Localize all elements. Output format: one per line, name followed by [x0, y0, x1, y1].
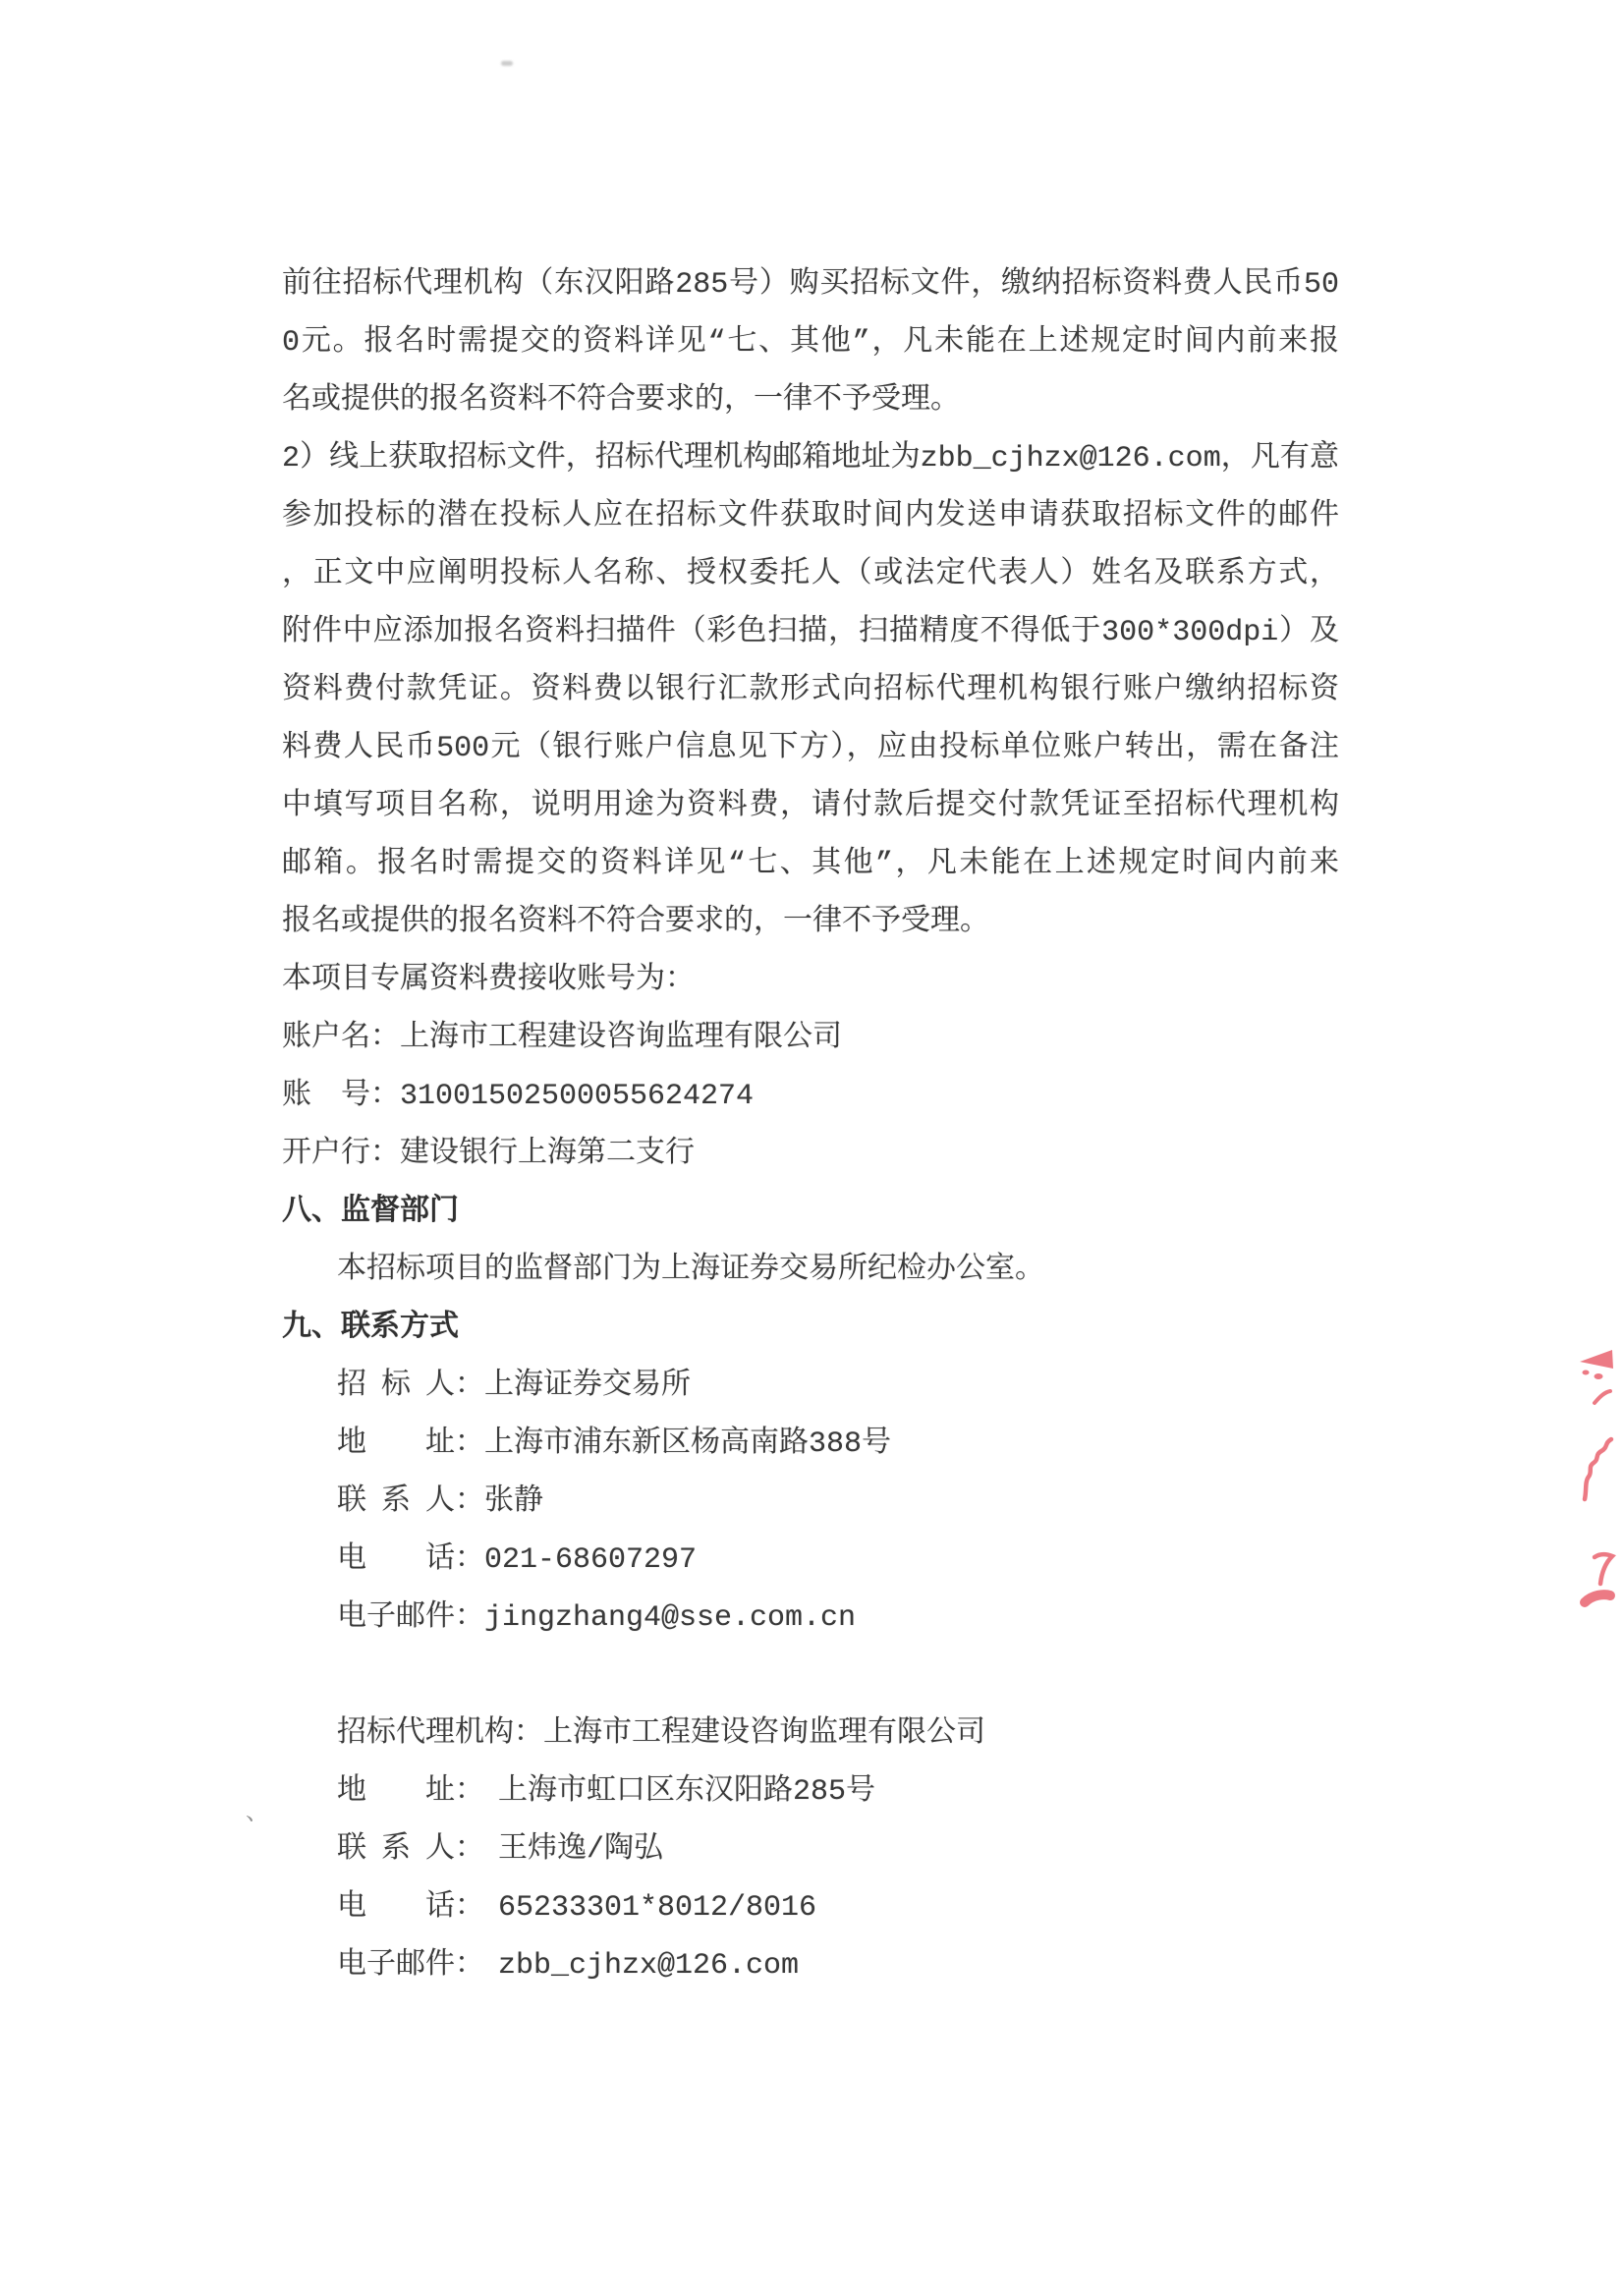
colon: ： — [455, 1833, 484, 1867]
field-value: 021-68607297 — [484, 1543, 697, 1577]
red-ink-marks — [1572, 1346, 1624, 1621]
field-label: 地址 — [337, 1763, 455, 1821]
colon: ： — [370, 1080, 400, 1113]
colon: ： — [455, 1601, 484, 1635]
body-line: 邮箱。报名时需提交的资料详见“七、其他”，凡未能在上述规定时间内前来 — [282, 836, 1339, 894]
body-line: 料费人民币500元（银行账户信息见下方），应由投标单位账户转出，需在备注 — [282, 720, 1339, 778]
red-ink-wedge — [1580, 1350, 1613, 1369]
body-line: 附件中应添加报名资料扫描件（彩色扫描，扫描精度不得低于300*300dpi）及 — [282, 604, 1339, 662]
field-label: 地址 — [337, 1416, 455, 1474]
field-label: 开户行 — [282, 1126, 370, 1184]
body-line: 中填写项目名称，说明用途为资料费，请付款后提交付款凭证至招标代理机构 — [282, 778, 1339, 836]
field-label: 电话 — [337, 1532, 455, 1590]
section-heading-supervision: 八、监督部门 — [282, 1184, 1339, 1242]
body-line: 报名或提供的报名资料不符合要求的，一律不予受理。 — [282, 894, 1339, 952]
red-ink-stroke — [1595, 1391, 1610, 1403]
field-label: 账号 — [282, 1068, 370, 1126]
body-line: 前往招标代理机构（东汉阳路285号）购买招标文件，缴纳招标资料费人民币50 — [282, 256, 1339, 314]
red-ink-dot — [1583, 1371, 1590, 1375]
document-body: 前往招标代理机构（东汉阳路285号）购买招标文件，缴纳招标资料费人民币50 0元… — [282, 256, 1339, 1995]
field-value: jingzhang4@sse.com.cn — [484, 1601, 856, 1635]
field-value: 上海市工程建设咨询监理有限公司 — [543, 1717, 985, 1751]
field-label: 联系人 — [337, 1821, 455, 1879]
field-value: 王炜逸/陶弘 — [484, 1833, 663, 1867]
field-label: 招标代理机构 — [337, 1706, 514, 1763]
colon: ： — [455, 1543, 484, 1577]
field-value: 上海证券交易所 — [484, 1370, 691, 1403]
scanned-document-page: 前往招标代理机构（东汉阳路285号）购买招标文件，缴纳招标资料费人民币50 0元… — [0, 0, 1624, 2295]
contact-row: 联系人：王炜逸/陶弘 — [282, 1821, 1339, 1879]
bank-account-number-row: 账号：31001502500055624274 — [282, 1068, 1339, 1126]
contact-row: 电话：65233301*8012/8016 — [282, 1879, 1339, 1937]
colon: ： — [514, 1717, 543, 1751]
body-line: 0元。报名时需提交的资料详见“七、其他”，凡未能在上述规定时间内前来报 — [282, 314, 1339, 372]
scan-speck-tick: 、 — [246, 1792, 269, 1827]
field-value: 上海市虹口区东汉阳路285号 — [484, 1775, 875, 1809]
colon: ： — [455, 1370, 484, 1403]
contact-row: 电子邮件：jingzhang4@sse.com.cn — [282, 1590, 1339, 1648]
body-line: 资料费付款凭证。资料费以银行汇款形式向招标代理机构银行账户缴纳招标资 — [282, 662, 1339, 720]
field-value: 张静 — [484, 1485, 543, 1519]
red-ink-dot — [1595, 1373, 1603, 1379]
colon: ： — [370, 1022, 400, 1055]
colon: ： — [455, 1485, 484, 1519]
field-label: 电话 — [337, 1879, 455, 1937]
red-ink-squiggle — [1595, 1554, 1612, 1584]
contact-row: 招标人：上海证券交易所 — [282, 1358, 1339, 1416]
field-label: 联系人 — [337, 1474, 455, 1532]
supervision-body-line: 本招标项目的监督部门为上海证券交易所纪检办公室。 — [282, 1242, 1339, 1300]
body-line: ，正文中应阐明投标人名称、授权委托人（或法定代表人）姓名及联系方式， — [282, 546, 1339, 604]
colon: ： — [455, 1949, 484, 1983]
agency-title-row: 招标代理机构：上海市工程建设咨询监理有限公司 — [282, 1706, 1339, 1763]
field-label: 招标人 — [337, 1358, 455, 1416]
colon: ： — [370, 1138, 400, 1171]
field-value: 65233301*8012/8016 — [484, 1891, 816, 1925]
colon: ： — [455, 1427, 484, 1461]
field-label: 电子邮件 — [337, 1937, 455, 1995]
body-line: 参加投标的潜在投标人应在招标文件获取时间内发送申请获取招标文件的邮件 — [282, 488, 1339, 546]
contact-row: 电子邮件：zbb_cjhzx@126.com — [282, 1937, 1339, 1995]
contact-row: 电话：021-68607297 — [282, 1532, 1339, 1590]
contact-row: 地址：上海市虹口区东汉阳路285号 — [282, 1763, 1339, 1821]
field-value: 建设银行上海第二支行 — [400, 1138, 695, 1171]
contact-row: 联系人：张静 — [282, 1474, 1339, 1532]
field-label: 账户名 — [282, 1010, 370, 1068]
red-ink-squiggle — [1585, 1439, 1611, 1499]
bank-intro-line: 本项目专属资料费接收账号为： — [282, 952, 1339, 1010]
field-value: zbb_cjhzx@126.com — [484, 1949, 799, 1983]
red-ink-blob — [1585, 1595, 1610, 1602]
field-label: 电子邮件 — [337, 1590, 455, 1648]
field-value: 31001502500055624274 — [400, 1080, 754, 1113]
colon: ： — [455, 1891, 484, 1925]
body-line: 名或提供的报名资料不符合要求的，一律不予受理。 — [282, 372, 1339, 430]
section-heading-contact: 九、联系方式 — [282, 1300, 1339, 1358]
field-value: 上海市浦东新区杨高南路388号 — [484, 1427, 891, 1461]
bank-account-name-row: 账户名：上海市工程建设咨询监理有限公司 — [282, 1010, 1339, 1068]
colon: ： — [455, 1775, 484, 1809]
scan-speck — [501, 61, 513, 66]
field-value: 上海市工程建设咨询监理有限公司 — [400, 1022, 842, 1055]
body-line: 2）线上获取招标文件，招标代理机构邮箱地址为zbb_cjhzx@126.com，… — [282, 430, 1339, 488]
bank-branch-row: 开户行：建设银行上海第二支行 — [282, 1126, 1339, 1184]
blank-line — [282, 1648, 1339, 1706]
contact-row: 地址：上海市浦东新区杨高南路388号 — [282, 1416, 1339, 1474]
